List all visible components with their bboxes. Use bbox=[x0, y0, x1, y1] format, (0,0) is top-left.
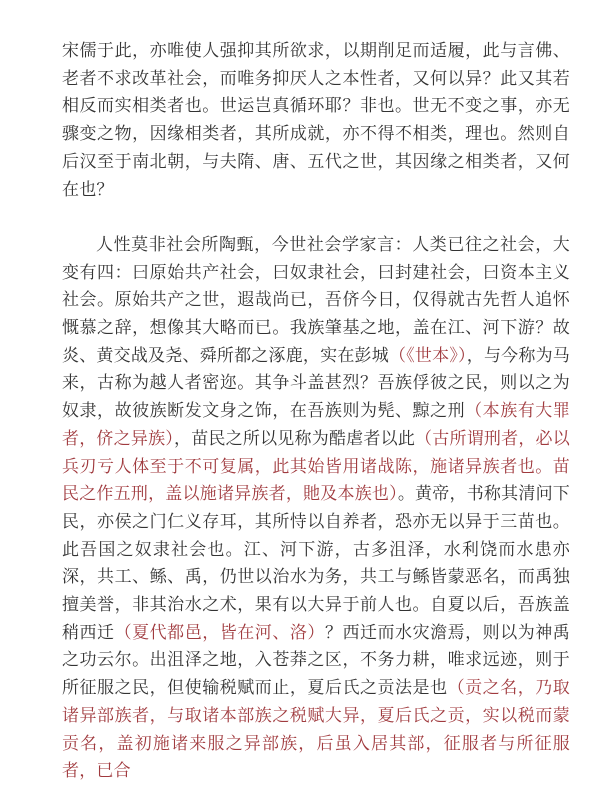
body-text-segment: ，苗民之所以见称为酷虐者以此 bbox=[174, 429, 415, 449]
paragraph: 人性莫非社会所陶甄，今世社会学家言：人类已往之社会，大变有四：曰原始共产社会，曰… bbox=[62, 232, 570, 786]
body-text-segment: 。黄帝，书称其清问下民，亦侯之门仁义存耳，其所恃以自养者，恐亦无以异于三苗也。此… bbox=[62, 484, 570, 643]
text-block: 宋儒于此，亦唯使人强抑其所欲求，以期削足而适履，此与言佛、老者不求改革社会，而唯… bbox=[62, 38, 570, 786]
annotation-segment: （夏代都邑，皆在河、洛） bbox=[115, 623, 325, 643]
paragraph: 宋儒于此，亦唯使人强抑其所欲求，以期削足而适履，此与言佛、老者不求改革社会，而唯… bbox=[62, 38, 570, 204]
annotation-segment: （《世本》） bbox=[389, 346, 467, 366]
document-page: 宋儒于此，亦唯使人强抑其所欲求，以期削足而适履，此与言佛、老者不求改革社会，而唯… bbox=[0, 0, 600, 800]
body-text-segment: 宋儒于此，亦唯使人强抑其所欲求，以期削足而适履，此与言佛、老者不求改革社会，而唯… bbox=[62, 41, 570, 200]
